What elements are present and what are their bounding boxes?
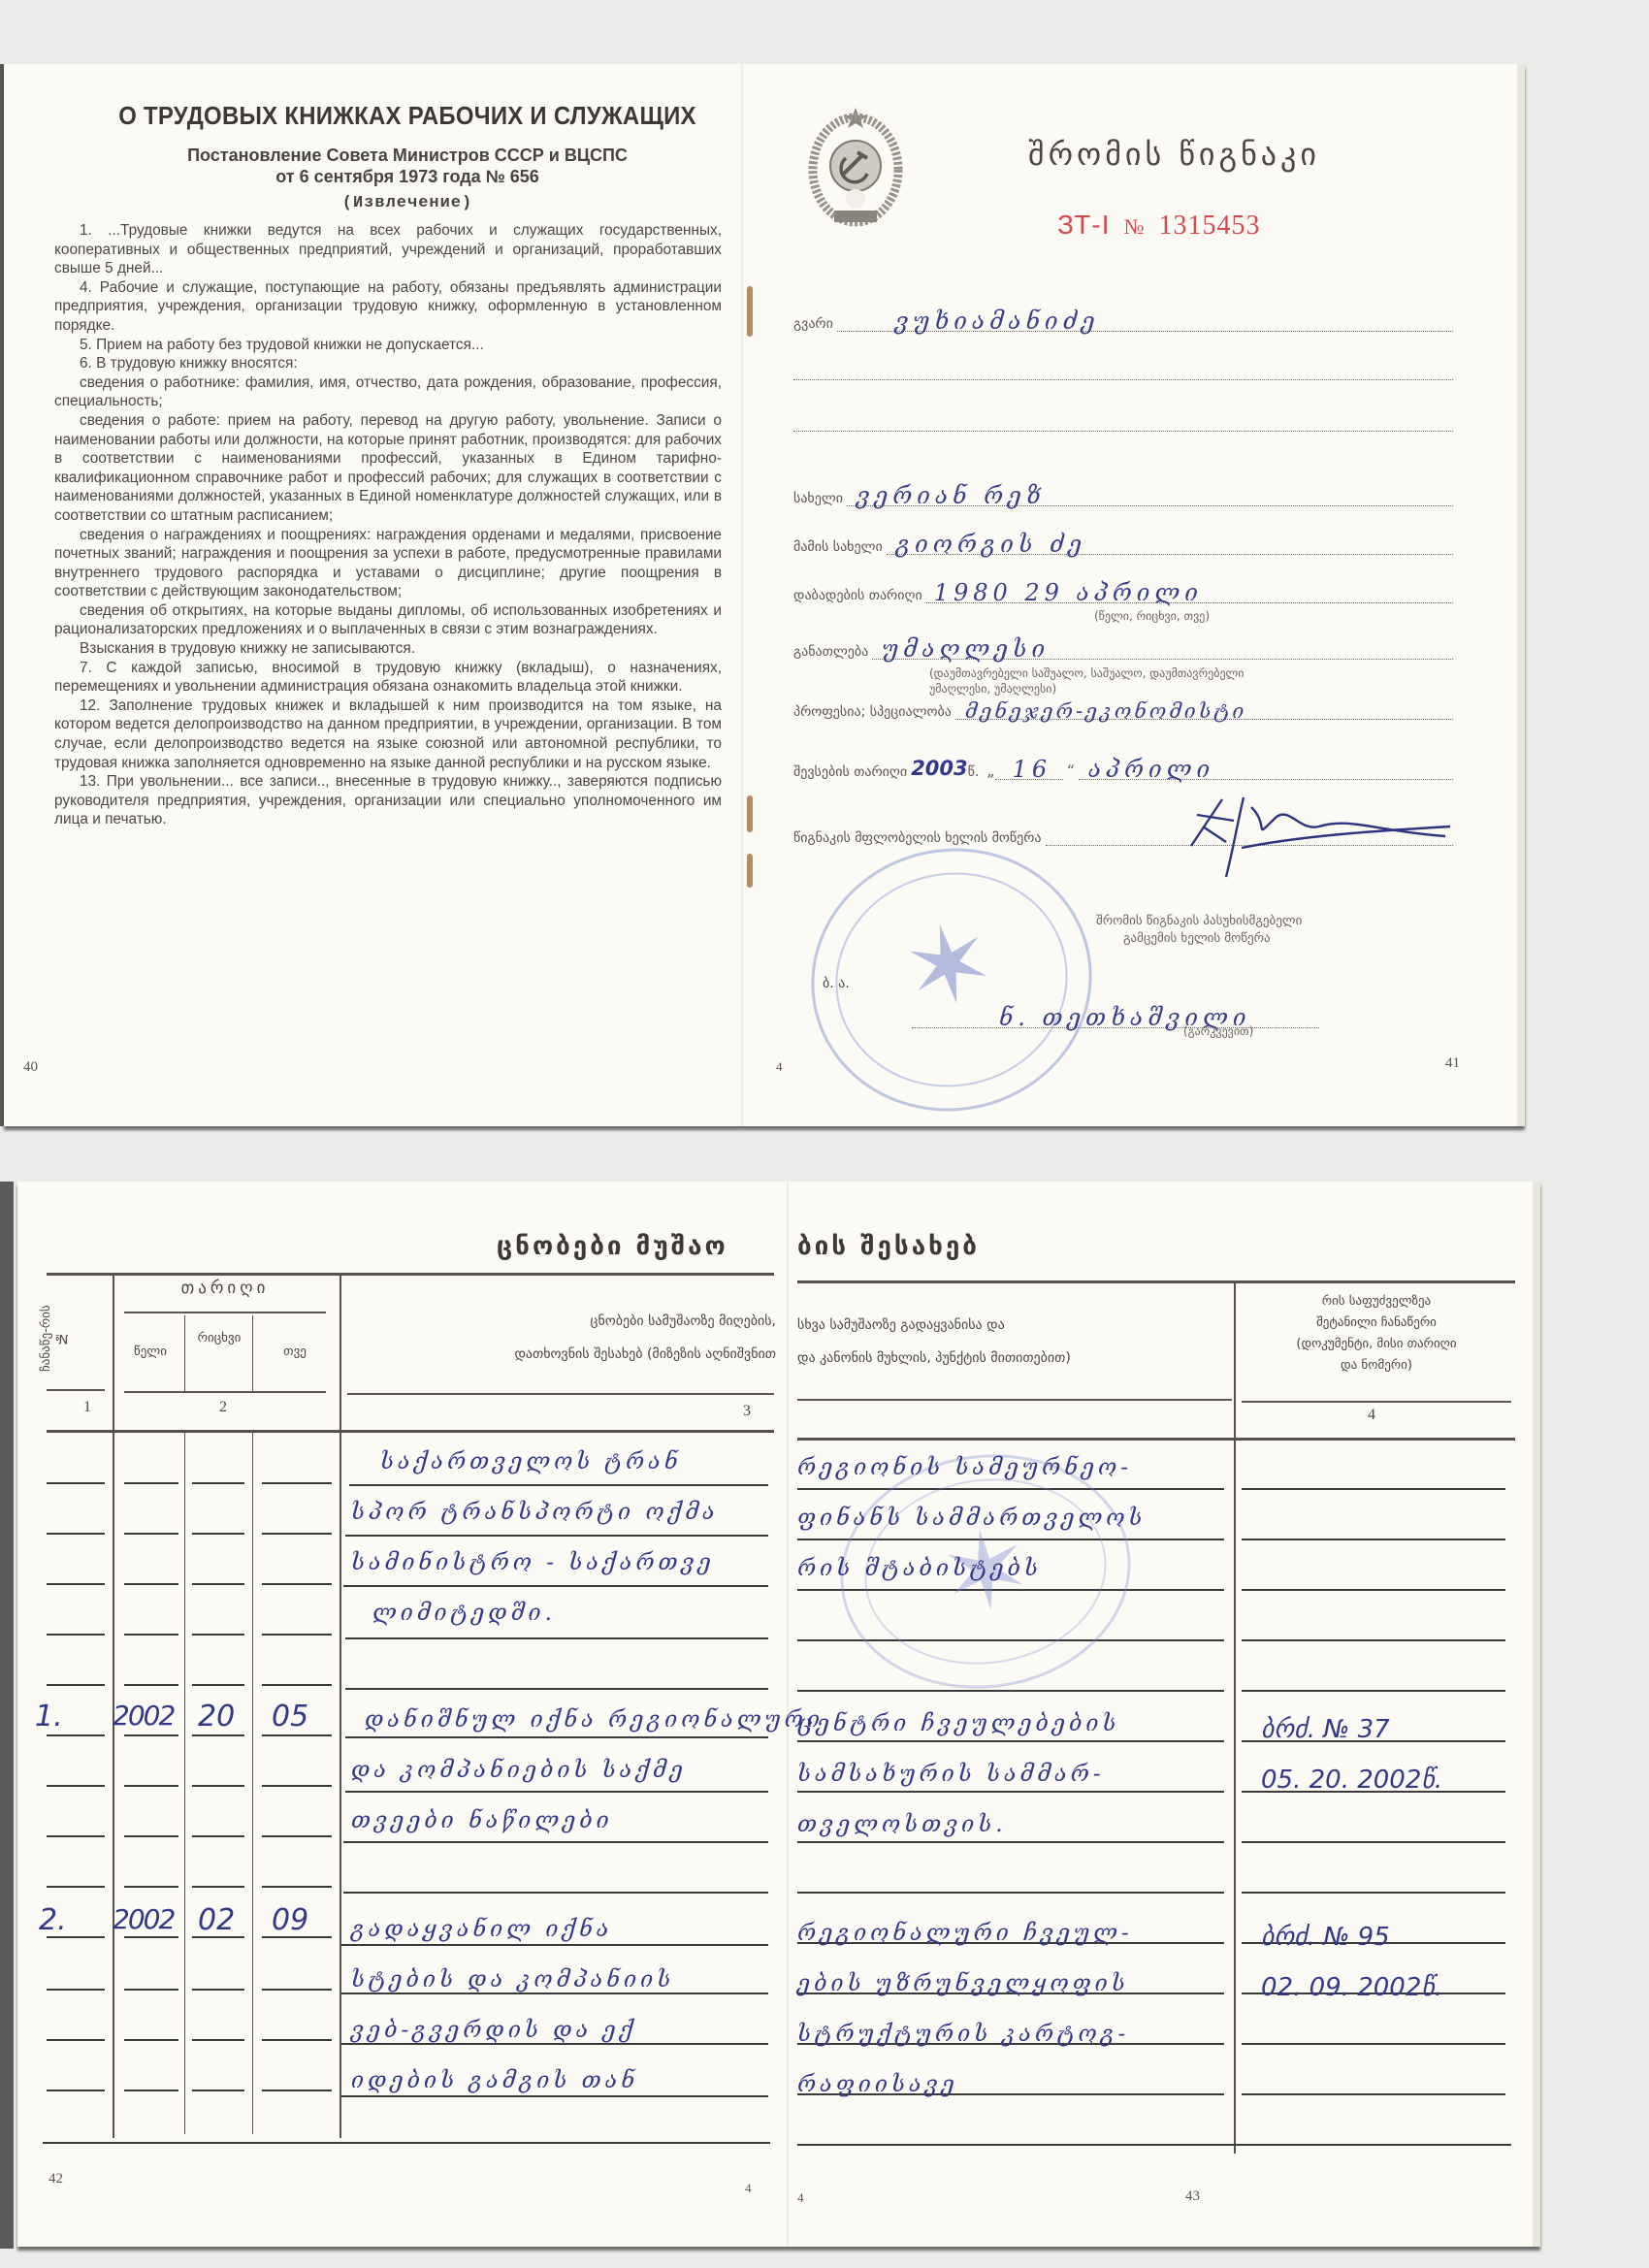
org-entry-line: ფინანს სამმართველოს [797, 1506, 1146, 1531]
page-number: 40 [23, 1059, 38, 1076]
entry-text-line: სამსახურის სამმარ- [797, 1762, 1105, 1787]
binding-thread [747, 795, 753, 832]
field-patronymic: მამის სახელი გიორგის ძე [793, 535, 1453, 555]
book-gutter [741, 64, 743, 1126]
col-header-year: წელი [116, 1343, 184, 1362]
regulation-paragraph: 1. ...Трудовые книжки ведутся на всех ра… [54, 221, 722, 278]
labor-book-title: შრომის წიგნაკი [1028, 136, 1320, 173]
entry-text-line: დანიშნულ იქნა რეგიონალური [365, 1707, 824, 1733]
entry-basis-line: ბრძ. № 95 [1261, 1923, 1390, 1952]
entry-day: 20 [198, 1700, 235, 1733]
entry-basis-line: 05. 20. 2002წ. [1261, 1766, 1442, 1795]
field-label: პროფესია; სპეციალობა [793, 704, 955, 720]
issuer-label: გამცემის ხელის მოწერა [1123, 931, 1271, 946]
col-header-info-2: დათხოვნის შესახებ (მიზეზის აღნიშვნით [349, 1345, 776, 1364]
binding-thread [747, 854, 753, 888]
serial-series: ЗТ-I [1057, 210, 1111, 240]
signature-marker: 4 [745, 2181, 752, 2196]
regulation-paragraph: сведения о работе: прием на работу, пере… [54, 411, 722, 526]
column-number: 1 [83, 1399, 91, 1416]
regulation-subtitle: Постановление Совета Министров СССР и ВЦ… [78, 146, 737, 166]
entry-text-line: იდების გამგის თან [351, 2068, 638, 2093]
fill-year: 2003 [911, 757, 967, 780]
entry-basis-line: ბრძ. № 37 [1261, 1715, 1390, 1744]
regulation-paragraph: сведения о награждениях и поощрениях: на… [54, 526, 722, 601]
col-header-transfer-2: და კანონის მუხლის, პუნქტის მითითებით) [797, 1348, 1224, 1368]
entry-text-line: ვებ-გვერდის და ექ [351, 2018, 636, 2043]
page-number: 43 [1185, 2188, 1200, 2205]
regulation-paragraph: сведения об открытиях, на которые выданы… [54, 601, 722, 639]
regulation-paragraph: 4. Рабочие и служащие, поступающие на ра… [54, 278, 722, 336]
regulation-extract-label: (Извлечение) [78, 194, 737, 212]
column-number: 2 [219, 1399, 227, 1416]
field-issuer-name: ნ. თეთხაშვილი [912, 1009, 1319, 1028]
col-header-day: რიცხვი [190, 1331, 248, 1346]
column-number: 4 [1368, 1407, 1375, 1424]
field-birth-date: დაბადების თარიღი 1980 29 აპრილი [793, 584, 1453, 603]
fill-year-suffix: წ. [968, 764, 980, 780]
field-hint: (წელი, რიცხვი, თვე) [1094, 609, 1210, 623]
field-label: წიგნაკის მფლობელის ხელის მოწერა [793, 830, 1046, 846]
field-line: 16 [995, 761, 1063, 780]
entry-text-line: ცენტრი ჩვეულებების [797, 1711, 1119, 1736]
field-first-name: სახელი ვერიან რეზ [793, 487, 1453, 506]
field-label: დაბადების თარიღი [793, 588, 926, 603]
handwritten-value: ვუხიამანიძე [895, 308, 1100, 335]
field-label: სახელი [793, 491, 847, 506]
field-line: მენეჯერ-ეკონომისტი [955, 700, 1453, 720]
org-entry-line: საქართველოს ტრან [380, 1449, 682, 1474]
regulation-paragraph: Взыскания в трудовую книжку не записываю… [54, 639, 722, 659]
regulation-paragraph: 5. Прием на работу без трудовой книжки н… [54, 336, 722, 355]
org-entry-line: ლიმიტედში. [372, 1601, 556, 1626]
scan-edge [0, 1182, 14, 2249]
col-header-basis-4: და ნომერი) [1242, 1356, 1511, 1376]
entry-text-line: და კომპანიების საქმე [351, 1758, 687, 1783]
col-header-basis-2: შეტანილი ჩანაწერი [1242, 1313, 1511, 1333]
field-line: უმაღლესი [872, 640, 1453, 660]
entry-basis-line: 02. 09. 2002წ. [1261, 1973, 1442, 2002]
field-line: ვუხიამანიძე [837, 312, 1453, 332]
serial-number: ЗТ-I № 1315453 [1057, 210, 1261, 242]
serial-digits: 1315453 [1159, 211, 1261, 241]
regulation-paragraph: 6. В трудовую книжку вносятся: [54, 354, 722, 373]
field-label: შევსების თარიღი [793, 764, 911, 780]
field-blank-line [793, 412, 1453, 432]
field-surname: გვარი ვუხიამანიძე [793, 312, 1453, 332]
regulation-paragraph: 7. С каждой записью, вносимой в трудовую… [54, 659, 722, 697]
org-entry-line: რის შტაბისტებს [797, 1556, 1042, 1581]
handwritten-value: გიორგის ძე [896, 531, 1086, 558]
regulation-title: О ТРУДОВЫХ КНИЖКАХ РАБОЧИХ И СЛУЖАЩИХ [104, 101, 711, 131]
employment-section-title-left: ცნობები მუშაო [497, 1232, 728, 1261]
entry-text-line: გადაყვანილ იქნა [351, 1917, 612, 1942]
field-blank-line [793, 361, 1453, 380]
handwritten-value: ვერიან რეზ [857, 482, 1046, 509]
column-number: 3 [743, 1403, 751, 1420]
fill-month: აპრილი [1088, 756, 1214, 783]
holder-signature-icon [1183, 788, 1455, 880]
regulation-paragraph: сведения о работнике: фамилия, имя, отче… [54, 373, 722, 411]
col-header-date: თარიღი [124, 1279, 326, 1298]
field-label: განათლება [793, 644, 872, 660]
handwritten-value: უმაღლესი [882, 635, 1050, 663]
binding-thread [747, 286, 753, 337]
col-header-basis-3: (დოკუმენტი, მისი თარიღი [1242, 1335, 1511, 1354]
field-label: გვარი [793, 316, 837, 332]
employment-section-title-right: ბის შესახებ [797, 1232, 980, 1261]
fill-day: 16 [1013, 756, 1052, 783]
field-line: 1980 29 აპრილი [926, 584, 1453, 603]
col-header-entry-no: ჩანაწე-რის № [39, 1300, 116, 1377]
entry-text-line: რეგიონალური ჩვეულ- [797, 1921, 1133, 1946]
handwritten-value: 1980 29 აპრილი [934, 579, 1203, 606]
entry-text-line: ების უზრუნველყოფის [797, 1971, 1129, 1996]
stamp-place-label: ბ. ა. [823, 976, 850, 991]
entry-text-line: რაფიისავე [797, 2072, 958, 2097]
entry-text-line: თვეები ნაწილები [351, 1808, 613, 1833]
entry-day: 02 [198, 1903, 235, 1937]
field-line: გიორგის ძე [887, 535, 1453, 555]
field-profession: პროფესია; სპეციალობა მენეჯერ-ეკონომისტი [793, 700, 1453, 720]
col-header-info-1: ცნობები სამუშაოზე მიღების, [466, 1312, 776, 1331]
ussr-coat-of-arms-icon [807, 102, 904, 238]
regulation-text: 1. ...Трудовые книжки ведутся на всех ра… [54, 221, 722, 829]
field-line: აპრილი [1079, 761, 1453, 780]
handwritten-value: მენეჯერ-ეკონომისტი [965, 699, 1246, 723]
entry-number: 1. [35, 1700, 63, 1733]
page-number: 42 [48, 2171, 63, 2187]
signature-marker: 4 [776, 1059, 783, 1075]
org-entry-line: სამინისტრო - საქართვე [351, 1550, 715, 1575]
entry-text-line: თველოსთვის. [797, 1812, 1007, 1837]
entry-year: 2002 [113, 1700, 174, 1732]
entry-month: 05 [272, 1700, 308, 1733]
issuer-label: შრომის წიგნაკის პასუხისმგებელი [1096, 914, 1302, 928]
field-label: მამის სახელი [793, 539, 887, 555]
field-fill-date: შევსების თარიღი 2003 წ. „ 16 “ აპრილი [793, 757, 1453, 780]
entry-month: 09 [272, 1903, 308, 1937]
regulation-paragraph: 12. Заполнение трудовых книжек и вкладыш… [54, 697, 722, 772]
col-header-transfer-1: სხვა სამუშაოზე გადაყვანისა და [797, 1315, 1224, 1335]
field-education: განათლება უმაღლესი [793, 640, 1453, 660]
col-header-basis-1: რის საფუძველზეა [1242, 1292, 1511, 1312]
org-entry-line: რეგიონის სამეურნეო- [797, 1455, 1132, 1480]
page-number: 41 [1445, 1055, 1460, 1072]
entry-text-line: სტრუქტურის კარტოგ- [797, 2022, 1129, 2047]
field-line: ნ. თეთხაშვილი [912, 1009, 1319, 1028]
col-header-month: თვე [256, 1343, 334, 1362]
org-entry-line: სპორ ტრანსპორტი ოქმა [351, 1500, 719, 1525]
regulation-date: от 6 сентября 1973 года № 656 [78, 167, 737, 187]
field-hint: (დაუმთავრებელი საშუალო, საშუალო, დაუმთავ… [929, 665, 1278, 697]
signature-marker: 4 [797, 2190, 804, 2206]
entry-text-line: სტების და კომპანიის [351, 1967, 674, 1993]
entry-year: 2002 [113, 1903, 174, 1935]
number-sign: № [1124, 214, 1146, 239]
issuer-hint: (გარკვევით) [1183, 1024, 1253, 1038]
entry-number: 2. [39, 1903, 67, 1937]
regulation-paragraph: 13. При увольнении... все записи.., внес… [54, 772, 722, 829]
field-line: ვერიან რეზ [847, 487, 1453, 506]
